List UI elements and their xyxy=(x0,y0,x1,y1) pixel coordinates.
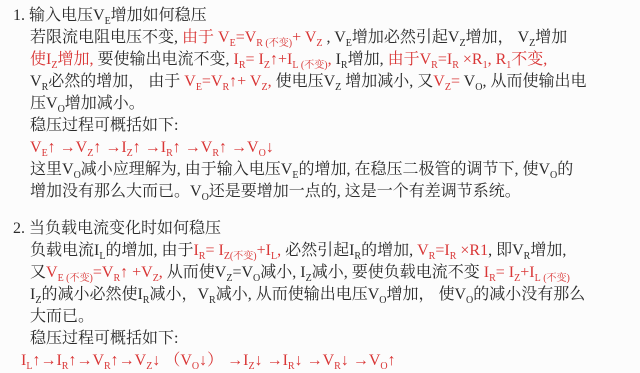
text-segment: 使I xyxy=(30,51,51,68)
text-segment: R xyxy=(489,273,496,284)
text-segment: ↑ →V xyxy=(173,139,213,156)
text-segment: =V xyxy=(236,29,257,46)
text-segment: V xyxy=(46,264,58,281)
body-line: 这里VO减小应理解为, 由于输入电压VE的增加, 在稳压二极管的调节下, 使VO… xyxy=(0,159,640,181)
text-segment: 大而已。 xyxy=(30,308,94,325)
text-segment: ↓ xyxy=(266,139,274,156)
body-line: 压VO增加减小。 xyxy=(0,93,640,115)
text-segment: ↓ →V xyxy=(341,352,381,369)
text-segment: 又 xyxy=(30,264,46,281)
text-segment: 减小, 要使负载电流不变 xyxy=(312,264,484,281)
text-segment: =I xyxy=(438,51,452,68)
text-segment: ↓） →I xyxy=(199,352,248,369)
text-segment: 的减小必然使I xyxy=(41,286,142,303)
text-segment: 必然引起I xyxy=(285,242,354,259)
text-segment: =I xyxy=(435,242,449,259)
text-segment: ↑ xyxy=(388,352,396,369)
text-segment: , xyxy=(328,51,336,68)
text-segment: ×R1 xyxy=(456,242,488,259)
text-segment: R xyxy=(209,295,216,306)
text-segment: 从而使V xyxy=(167,264,227,281)
text-segment: 增加减小。 xyxy=(65,95,145,112)
text-segment: 减小, 从而使输出电压V xyxy=(216,286,380,303)
text-segment: 增加， V xyxy=(466,29,530,46)
text-segment: O xyxy=(58,104,65,115)
text-segment: =V xyxy=(93,264,114,281)
text-segment: O xyxy=(74,170,81,181)
text-segment: ↓ →V xyxy=(295,352,335,369)
text-segment: ↓ （V xyxy=(152,352,192,369)
text-segment: O xyxy=(202,192,209,203)
text-segment: V xyxy=(433,73,445,90)
text-segment: V xyxy=(417,242,429,259)
text-segment: 必然的增加， 由于 xyxy=(48,73,184,90)
text-segment: 若限流电阻电压不变, xyxy=(30,29,182,46)
text-segment: 这里V xyxy=(30,161,74,178)
text-segment: 的增加, xyxy=(361,242,417,259)
body-line: VR必然的增加， 由于 VE=VR↑+ VZ, 使电压VZ 增加减小, 又VZ=… xyxy=(0,71,640,93)
text-segment: +I xyxy=(257,242,271,259)
text-segment: R xyxy=(288,361,295,372)
text-segment: 还是要增加一点的, 这是一个有差调节系统。 xyxy=(209,183,521,200)
formula-line: IL↑→IR↑→VR↑→VZ↓ （VO↓） →IZ↓ →IR↓ →VR↓ →VO… xyxy=(0,350,640,372)
text-segment: ↑ →V xyxy=(48,139,88,156)
text-segment: ↓ →I xyxy=(255,352,288,369)
text-segment: , 即V xyxy=(488,242,524,259)
body-line: IZ的减小必然使IR减小，VR减小, 从而使输出电压VO增加， 使VO的减小没有… xyxy=(0,284,640,306)
text-segment: 增加 xyxy=(535,29,567,46)
text-segment: O xyxy=(380,361,387,372)
text-segment: , R xyxy=(488,51,507,68)
section-1: 1. 输入电压VE增加如何稳压若限流电阻电压不变, 由于 VE=VR (不变)+… xyxy=(0,5,640,203)
body-line: 负载电流IL的增加, 由于IR= IZ(不变)+IL, 必然引起IR的增加, V… xyxy=(0,240,640,262)
text-segment: 的减小没有那么 xyxy=(473,286,585,303)
text-segment: R xyxy=(212,148,219,159)
text-segment: , 从而使输出电 xyxy=(482,73,586,90)
list-item-1-title: 1. 输入电压VE增加如何稳压 xyxy=(0,5,640,27)
text-segment: ↑→V xyxy=(111,352,147,369)
text-segment: R xyxy=(334,361,341,372)
text-segment: 增加必然引起V xyxy=(352,29,460,46)
text-segment: 的增加, 由于 xyxy=(105,242,193,259)
text-segment: 增加如何稳压 xyxy=(111,7,207,24)
text-segment: , xyxy=(277,242,285,259)
text-segment: = xyxy=(451,73,464,90)
text-segment: V xyxy=(464,73,476,90)
body-line: 又VE (不变)=VR↑ +VZ, 从而使VZ=VO减小, IZ减小, 要使负载… xyxy=(0,262,640,284)
text-segment: = I xyxy=(496,264,514,281)
text-segment: +I xyxy=(520,264,534,281)
text-segment: ↑→I xyxy=(32,352,61,369)
text-segment: R xyxy=(431,60,438,71)
text-segment: 由于V xyxy=(388,51,432,68)
text-segment: 由于 V xyxy=(182,29,230,46)
text-segment: 稳压过程可概括如下: xyxy=(30,117,178,134)
text-segment: 要使输出电流不变, xyxy=(97,51,233,68)
text-segment: V xyxy=(184,73,196,90)
body-line: 增加没有那么大而已。VO还是要增加一点的, 这是一个有差调节系统。 xyxy=(0,181,640,203)
text-segment: R xyxy=(166,148,173,159)
text-segment: 增加, xyxy=(348,51,388,68)
text-segment: , V xyxy=(323,29,346,46)
text-segment: 使电压V xyxy=(272,73,336,90)
text-segment: 增加减小, 又 xyxy=(341,73,433,90)
text-segment: R (不变) xyxy=(256,38,292,49)
body-line: 使IZ增加, 要使输出电流不变, IR= IZ↑+IL (不变), IR增加, … xyxy=(0,49,640,71)
text-segment: 1. 输入电压V xyxy=(13,7,105,24)
text-segment: R xyxy=(341,60,348,71)
text-segment: (不变) xyxy=(541,273,570,284)
text-segment: ↑ →V xyxy=(219,139,259,156)
text-segment: 增加, xyxy=(57,51,97,68)
document-body: 1. 输入电压VE增加如何稳压若限流电阻电压不变, 由于 VE=VR (不变)+… xyxy=(0,0,640,372)
formula-line: VE↑ →VZ↑ →IZ↑ →IR↑ →VR↑ →VO↓ xyxy=(0,137,640,159)
text-segment: , xyxy=(159,264,167,281)
text-segment: 的增加, 在稳压二极管的调节下, 使V xyxy=(298,161,550,178)
section-2: 2. 当负载电流变化时如何稳压负载电流IL的增加, 由于IR= IZ(不变)+I… xyxy=(0,218,640,372)
text-segment: 2. 当负载电流变化时如何稳压 xyxy=(13,220,221,237)
text-segment: 压V xyxy=(30,95,58,112)
text-segment: ↑+I xyxy=(270,51,292,68)
text-segment: =V xyxy=(202,73,223,90)
text-segment: (不变) xyxy=(298,60,327,71)
text-segment: = I xyxy=(205,242,223,259)
text-segment: 负载电流I xyxy=(30,242,99,259)
text-segment: 减小, I xyxy=(260,264,305,281)
text-segment: ↑ →I xyxy=(93,139,126,156)
text-segment: 增加没有那么大而已。V xyxy=(30,183,202,200)
body-line: 大而已。 xyxy=(0,306,640,328)
text-segment: 稳压过程可概括如下: xyxy=(30,330,178,347)
list-item-2-title: 2. 当负载电流变化时如何稳压 xyxy=(0,218,640,240)
text-segment: ↑+ V xyxy=(229,73,261,90)
text-segment: ↑ →I xyxy=(133,139,166,156)
text-segment: 减小应理解为, 由于输入电压V xyxy=(81,161,293,178)
text-segment: = I xyxy=(245,51,263,68)
text-segment: E (不变) xyxy=(58,273,93,284)
text-segment: ×R xyxy=(459,51,483,68)
text-segment: R xyxy=(104,361,111,372)
text-segment: =V xyxy=(232,264,253,281)
body-line: 稳压过程可概括如下: xyxy=(0,115,640,137)
text-segment: V xyxy=(30,73,42,90)
text-segment: 增加， 使V xyxy=(386,286,466,303)
text-segment: 增加, xyxy=(530,242,566,259)
text-segment: + V xyxy=(292,29,316,46)
body-line: 稳压过程可概括如下: xyxy=(0,328,640,350)
text-segment: Z(不变) xyxy=(224,251,257,262)
text-segment: 减小，V xyxy=(149,286,209,303)
text-segment: O xyxy=(259,148,266,159)
text-segment: V xyxy=(30,139,42,156)
text-segment: 不变, xyxy=(511,51,547,68)
text-segment: ↑ +V xyxy=(120,264,153,281)
text-segment: R xyxy=(452,60,459,71)
text-segment: ↑→V xyxy=(68,352,104,369)
text-segment: 的 xyxy=(557,161,573,178)
body-line: 若限流电阻电压不变, 由于 VE=VR (不变)+ VZ , VE增加必然引起V… xyxy=(0,27,640,49)
